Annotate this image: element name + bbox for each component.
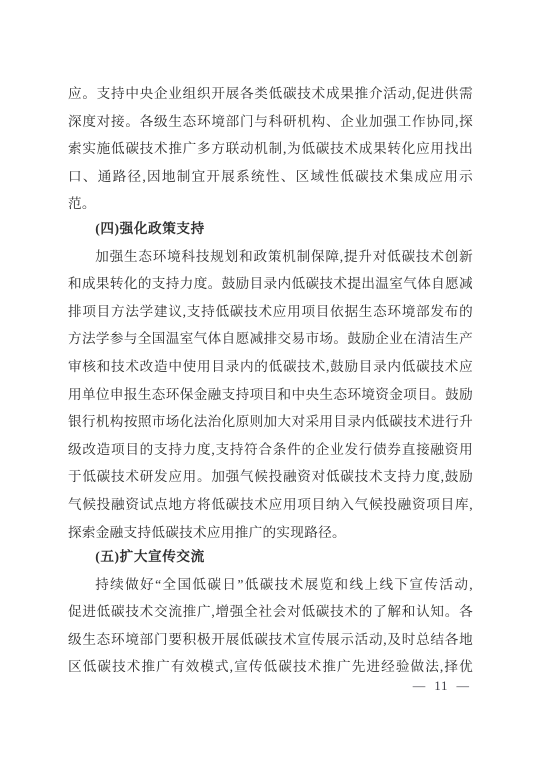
body-line: 索实施低碳技术推广多方联动机制,为低碳技术成果转化应用找出 [68, 135, 473, 163]
body-line: 范。 [68, 190, 473, 218]
body-line: 加强生态环境科技规划和政策机制保障,提升对低碳技术创新 [68, 243, 473, 271]
body-line: 促进低碳技术交流推广,增强全社会对低碳技术的了解和认知。各 [68, 598, 473, 626]
body-line: 持续做好“全国低碳日”低碳技术展览和线上线下宣传活动, [68, 571, 473, 599]
body-line: 应。支持中央企业组织开展各类低碳技术成果推介活动,促进供需 [68, 80, 473, 108]
section-heading-publicity-exchange: (五)扩大宣传交流 [68, 543, 473, 571]
body-line: 深度对接。各级生态环境部门与科研机构、企业加强工作协同,探 [68, 108, 473, 136]
section-heading-policy-support: (四)强化政策支持 [68, 215, 473, 243]
body-line: 于低碳技术研发应用。加强气候投融资对低碳技术支持力度,鼓励 [68, 463, 473, 491]
page-body: 应。支持中央企业组织开展各类低碳技术成果推介活动,促进供需 深度对接。各级生态环… [68, 80, 473, 681]
body-line: 银行机构按照市场化法治化原则加大对采用目录内低碳技术进行升 [68, 408, 473, 436]
page-number: — 11 — [413, 679, 470, 693]
body-line: 用单位申报生态环保金融支持项目和中央生态环境资金项目。鼓励 [68, 381, 473, 409]
body-line: 口、通路径,因地制宜开展系统性、区域性低碳技术集成应用示 [68, 163, 473, 191]
body-line: 审核和技术改造中使用目录内的低碳技术,鼓励目录内低碳技术应 [68, 353, 473, 381]
body-line: 排项目方法学建议,支持低碳技术应用项目依据生态环境部发布的 [68, 298, 473, 326]
body-line: 和成果转化的支持力度。鼓励目录内低碳技术提出温室气体自愿减 [68, 270, 473, 298]
body-line: 方法学参与全国温室气体自愿减排交易市场。鼓励企业在清洁生产 [68, 325, 473, 353]
body-line: 探索金融支持低碳技术应用推广的实现路径。 [68, 519, 473, 547]
body-line: 区低碳技术推广有效模式,宣传低碳技术推广先进经验做法,择优 [68, 653, 473, 681]
document-page: 应。支持中央企业组织开展各类低碳技术成果推介活动,促进供需 深度对接。各级生态环… [0, 0, 540, 763]
body-line: 级改造项目的支持力度,支持符合条件的企业发行债券直接融资用 [68, 436, 473, 464]
body-line: 气候投融资试点地方将低碳技术应用项目纳入气候投融资项目库, [68, 491, 473, 519]
body-line: 级生态环境部门要积极开展低碳技术宣传展示活动,及时总结各地 [68, 626, 473, 654]
